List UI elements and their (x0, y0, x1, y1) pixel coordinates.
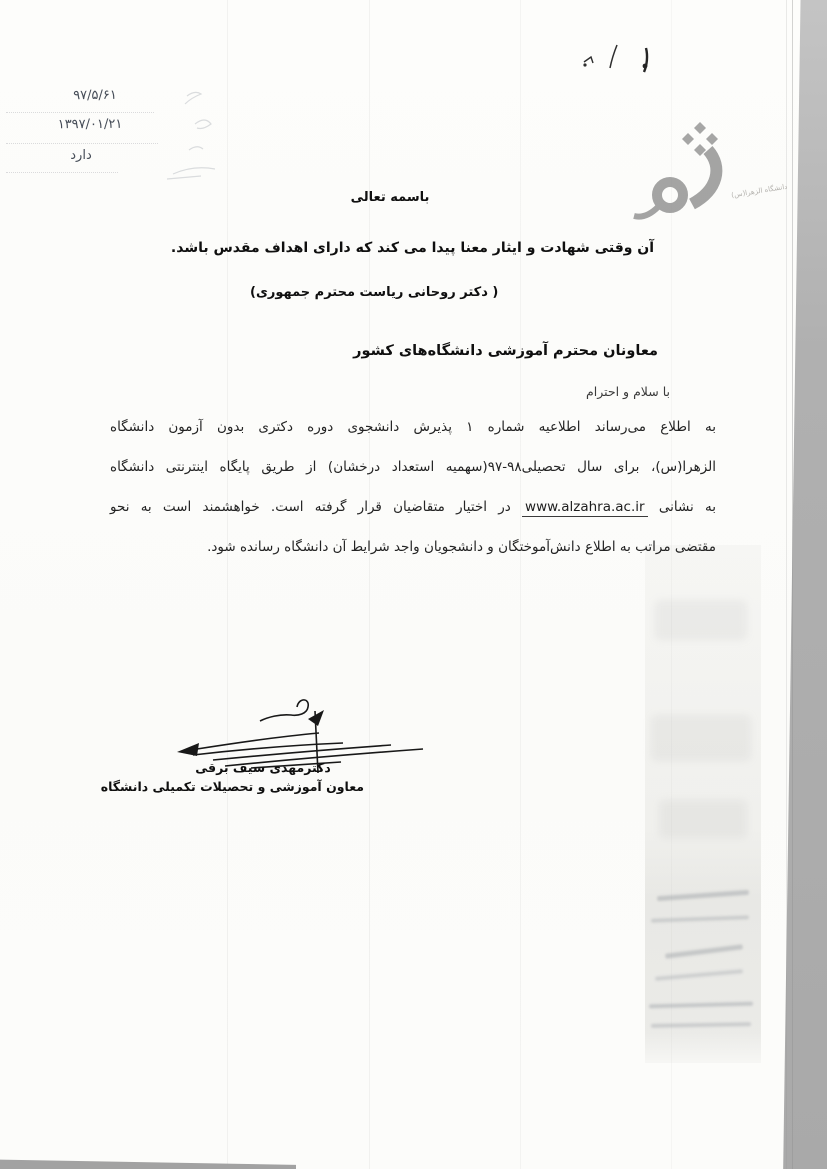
website-url: www.alzahra.ac.ir (522, 499, 648, 517)
quote-attribution: ( دکتر روحانی ریاست محترم جمهوری) (250, 285, 498, 300)
form-dotted-line (6, 112, 154, 113)
fold-line (369, 0, 370, 1169)
recipient-heading: معاونان محترم آموزشی دانشگاه‌های کشور (353, 343, 658, 359)
attachment-note: دارد (45, 148, 117, 163)
scanner-edge-bottom (0, 1156, 296, 1169)
body-line-4: مقتضی مراتب به اطلاع دانش‌آموختگان و دان… (110, 539, 716, 555)
paper-edge-line (792, 0, 793, 1169)
body-line-3-post: در اختیار متقاضیان قرار گرفته است. خواهش… (110, 499, 511, 515)
body-line-3-pre: به نشانی (659, 499, 716, 515)
form-dotted-line (6, 172, 118, 173)
signer-title: معاون آموزشی و تحصیلات تکمیلی دانشگاه (112, 779, 364, 794)
body-line-3: به نشانی www.alzahra.ac.ir در اختیار متق… (110, 499, 716, 517)
form-dotted-line (6, 143, 158, 144)
fold-line (520, 0, 521, 1169)
salutation: با سلام و احترام (586, 384, 670, 399)
bleed-through-strip (645, 545, 761, 1063)
scanned-letter-page: ۹۷/۵/۶۱ ۱۳۹۷/۰۱/۲۱ دارد دانشگاه الزهرا(س… (0, 0, 827, 1169)
ref-number: ۹۷/۵/۶۱ (40, 87, 150, 103)
body-line-2: الزهرا(س)، برای سال تحصیلی۹۸-۹۷(سهمیه اس… (110, 459, 716, 475)
besmele-heading: باسمه تعالی (290, 190, 490, 205)
pen-check-marks (570, 35, 670, 80)
body-line-1: به اطلاع می‌رساند اطلاعیه شماره ۱ پذیرش … (110, 419, 716, 435)
signer-name: دکترمهدی سیف برقی (168, 760, 358, 775)
alzahra-university-logo-icon (630, 118, 740, 223)
paper-edge-line (786, 0, 787, 1169)
faint-form-labels (165, 80, 275, 190)
letter-date: ۱۳۹۷/۰۱/۲۱ (26, 117, 154, 133)
quote-text: آن وقتی شهادت و ایثار معنا پیدا می کند ک… (100, 240, 725, 256)
